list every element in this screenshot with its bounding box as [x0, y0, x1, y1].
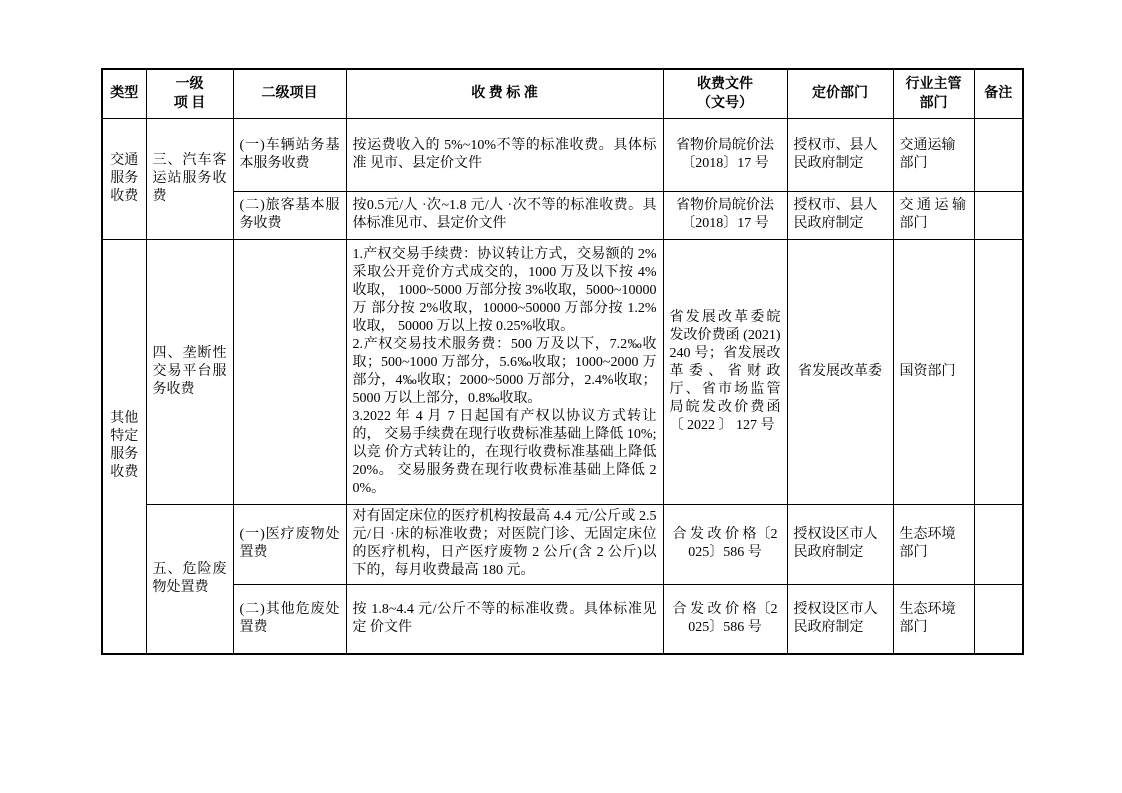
cell-pricing-passenger: 授权市、县人民政府制定	[787, 191, 893, 239]
document-page: 类型 一级 项 目 二级项目 收 费 标 准 收费文件 （文号） 定价部门 行业…	[0, 0, 1122, 793]
cell-level2-other-hazwaste: (二)其他危废处置费	[233, 584, 346, 654]
cell-type-transport: 交通服务收费	[102, 118, 146, 239]
header-standard: 收 费 标 准	[346, 69, 663, 118]
cell-document-passenger: 省物价局皖价法〔2018〕17 号	[663, 191, 787, 239]
cell-industry-monopoly: 国资部门	[893, 239, 974, 504]
cell-pricing-vehicle-station: 授权市、县人民政府制定	[787, 118, 893, 191]
cell-remark-other-hazwaste	[974, 584, 1023, 654]
table-row: 交通服务收费 三、汽车客运站服务收费 (一)车辆站务基 本服务收费 按运费收入的…	[102, 118, 1023, 191]
table-row: 五、危险废物处置费 (一)医疗废物处置费 对有固定床位的医疗机构按最高 4.4 …	[102, 504, 1023, 584]
cell-level2-medical-waste: (一)医疗废物处置费	[233, 504, 346, 584]
cell-pricing-other-hazwaste: 授权设区市人民政府制定	[787, 584, 893, 654]
cell-standard-medical-waste: 对有固定床位的医疗机构按最高 4.4 元/公斤或 2.5 元/日 ·床的标准收费…	[346, 504, 663, 584]
cell-standard-vehicle-station: 按运费收入的 5%~10%不等的标准收费。具体标准 见市、县定价文件	[346, 118, 663, 191]
fee-standards-table: 类型 一级 项 目 二级项目 收 费 标 准 收费文件 （文号） 定价部门 行业…	[101, 68, 1024, 655]
table-row: 其他特定服务收费 四、垄断性交易平台服务收费 1.产权交易手续费：协议转让方式，…	[102, 239, 1023, 504]
cell-level1-hazardous-waste: 五、危险废物处置费	[146, 504, 233, 654]
header-level2: 二级项目	[233, 69, 346, 118]
cell-document-vehicle-station: 省物价局皖价法〔2018〕17 号	[663, 118, 787, 191]
cell-level2-passenger: (二)旅客基本服 务收费	[233, 191, 346, 239]
cell-industry-medical-waste: 生态环境部门	[893, 504, 974, 584]
table-row: (二)其他危废处置费 按 1.8~4.4 元/公斤不等的标准收费。具体标准见定 …	[102, 584, 1023, 654]
cell-level2-monopoly-empty	[233, 239, 346, 504]
table-row: (二)旅客基本服 务收费 按0.5元/人 ·次~1.8 元/人 ·次不等的标准收…	[102, 191, 1023, 239]
header-row: 类型 一级 项 目 二级项目 收 费 标 准 收费文件 （文号） 定价部门 行业…	[102, 69, 1023, 118]
cell-remark-passenger	[974, 191, 1023, 239]
cell-industry-other-hazwaste: 生态环境部门	[893, 584, 974, 654]
cell-remark-monopoly	[974, 239, 1023, 504]
header-level1: 一级 项 目	[146, 69, 233, 118]
header-industry-dept: 行业主管 部门	[893, 69, 974, 118]
header-type: 类型	[102, 69, 146, 118]
cell-remark-medical-waste	[974, 504, 1023, 584]
header-document: 收费文件 （文号）	[663, 69, 787, 118]
cell-type-other-special: 其他特定服务收费	[102, 239, 146, 654]
cell-level1-bus-station: 三、汽车客运站服务收费	[146, 118, 233, 239]
cell-remark-vehicle-station	[974, 118, 1023, 191]
header-pricing-dept: 定价部门	[787, 69, 893, 118]
cell-industry-passenger: 交 通 运 输 部门	[893, 191, 974, 239]
cell-document-other-hazwaste: 合 发 改 价 格〔2025〕586 号	[663, 584, 787, 654]
header-remark: 备注	[974, 69, 1023, 118]
cell-document-monopoly: 省发展改革委皖 发改价费函 (2021)240 号；省发展改革委、省财政厅、省市…	[663, 239, 787, 504]
cell-pricing-medical-waste: 授权设区市人民政府制定	[787, 504, 893, 584]
cell-document-medical-waste: 合 发 改 价 格〔2025〕586 号	[663, 504, 787, 584]
cell-level1-monopoly-platform: 四、垄断性交易平台服务收费	[146, 239, 233, 504]
cell-standard-monopoly: 1.产权交易手续费：协议转让方式，交易额的 2% 采取公开竞价方式成交的，100…	[346, 239, 663, 504]
cell-industry-vehicle-station: 交通运输部门	[893, 118, 974, 191]
cell-level2-vehicle-station: (一)车辆站务基 本服务收费	[233, 118, 346, 191]
cell-pricing-monopoly: 省发展改革委	[787, 239, 893, 504]
cell-standard-other-hazwaste: 按 1.8~4.4 元/公斤不等的标准收费。具体标准见定 价文件	[346, 584, 663, 654]
cell-standard-passenger: 按0.5元/人 ·次~1.8 元/人 ·次不等的标准收费。具体标准见市、县定价文…	[346, 191, 663, 239]
